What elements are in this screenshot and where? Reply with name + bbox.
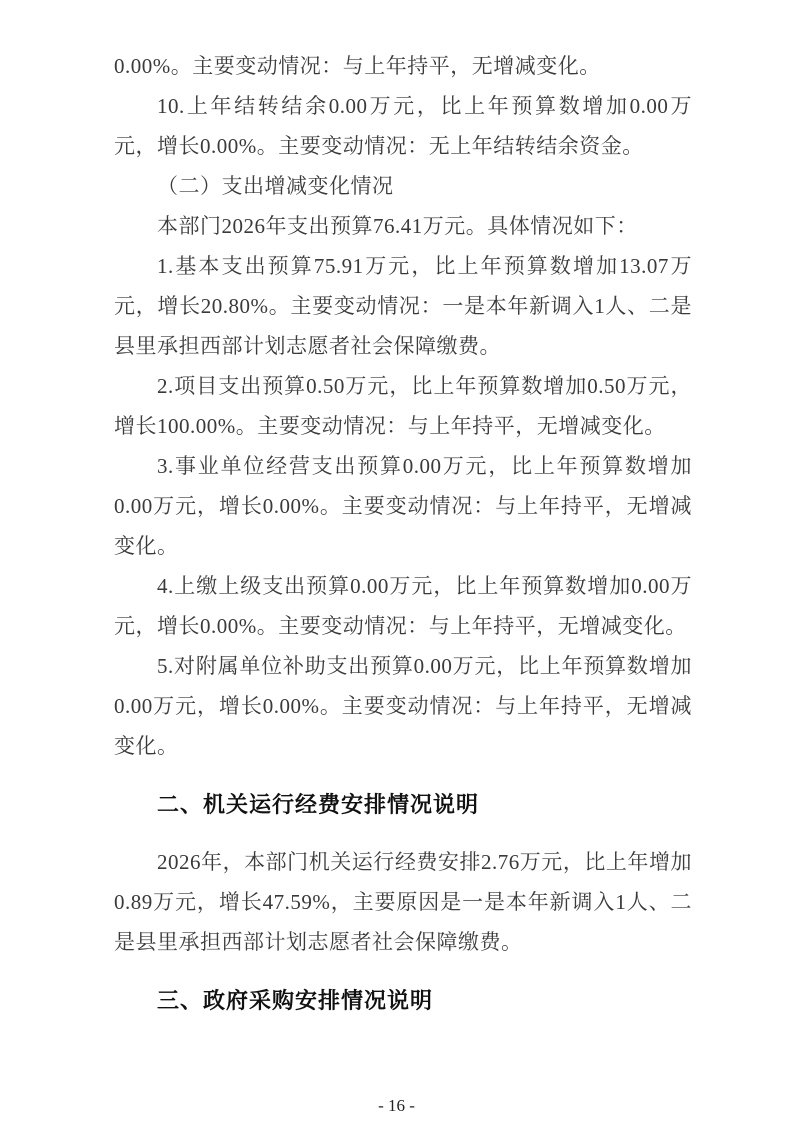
document-body: 0.00%。主要变动情况：与上年持平，无增减变化。 10.上年结转结余0.00万… xyxy=(114,46,692,1038)
body-paragraph-item-5: 5.对附属单位补助支出预算0.00万元，比上年预算数增加0.00万元，增长0.0… xyxy=(114,646,692,766)
body-paragraph-subsection-2: （二）支出增减变化情况 xyxy=(114,166,692,206)
page-number: - 16 - xyxy=(0,1096,793,1116)
body-paragraph-item-2: 2.项目支出预算0.50万元，比上年预算数增加0.50万元，增长100.00%。… xyxy=(114,366,692,446)
body-paragraph-continuation: 0.00%。主要变动情况：与上年持平，无增减变化。 xyxy=(114,46,692,86)
body-paragraph-item-1: 1.基本支出预算75.91万元，比上年预算数增加13.07万元，增长20.80%… xyxy=(114,246,692,366)
body-paragraph-item-3: 3.事业单位经营支出预算0.00万元，比上年预算数增加0.00万元，增长0.00… xyxy=(114,446,692,566)
body-paragraph-item-10: 10.上年结转结余0.00万元，比上年预算数增加0.00万元，增长0.00%。主… xyxy=(114,86,692,166)
body-paragraph-expenditure-total: 本部门2026年支出预算76.41万元。具体情况如下： xyxy=(114,206,692,246)
section-heading-operating-funds: 二、机关运行经费安排情况说明 xyxy=(114,785,692,825)
body-paragraph-item-4: 4.上缴上级支出预算0.00万元，比上年预算数增加0.00万元，增长0.00%。… xyxy=(114,566,692,646)
section-heading-government-procurement: 三、政府采购安排情况说明 xyxy=(114,981,692,1021)
body-paragraph-operating-funds: 2026年，本部门机关运行经费安排2.76万元，比上年增加0.89万元，增长47… xyxy=(114,842,692,962)
document-page: 0.00%。主要变动情况：与上年持平，无增减变化。 10.上年结转结余0.00万… xyxy=(0,0,793,1122)
